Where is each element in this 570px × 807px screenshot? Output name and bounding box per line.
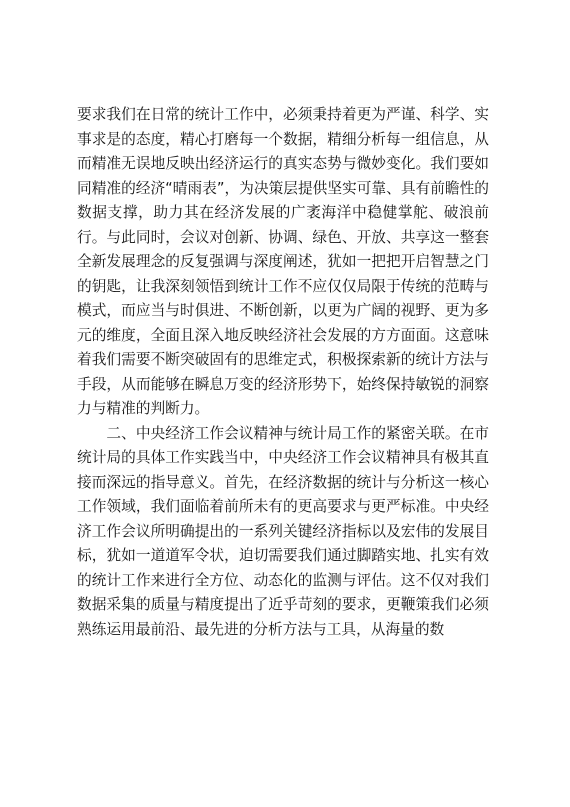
document-page: 要求我们在日常的统计工作中，必须秉持着更为严谨、科学、实事求是的态度，精心打磨每…: [77, 103, 489, 642]
paragraph-1: 要求我们在日常的统计工作中，必须秉持着更为严谨、科学、实事求是的态度，精心打磨每…: [77, 103, 489, 422]
paragraph-2-section-heading: 二、中央经济工作会议精神与统计局工作的紧密关联。在市统计局的具体工作实践当中，中…: [77, 422, 489, 643]
